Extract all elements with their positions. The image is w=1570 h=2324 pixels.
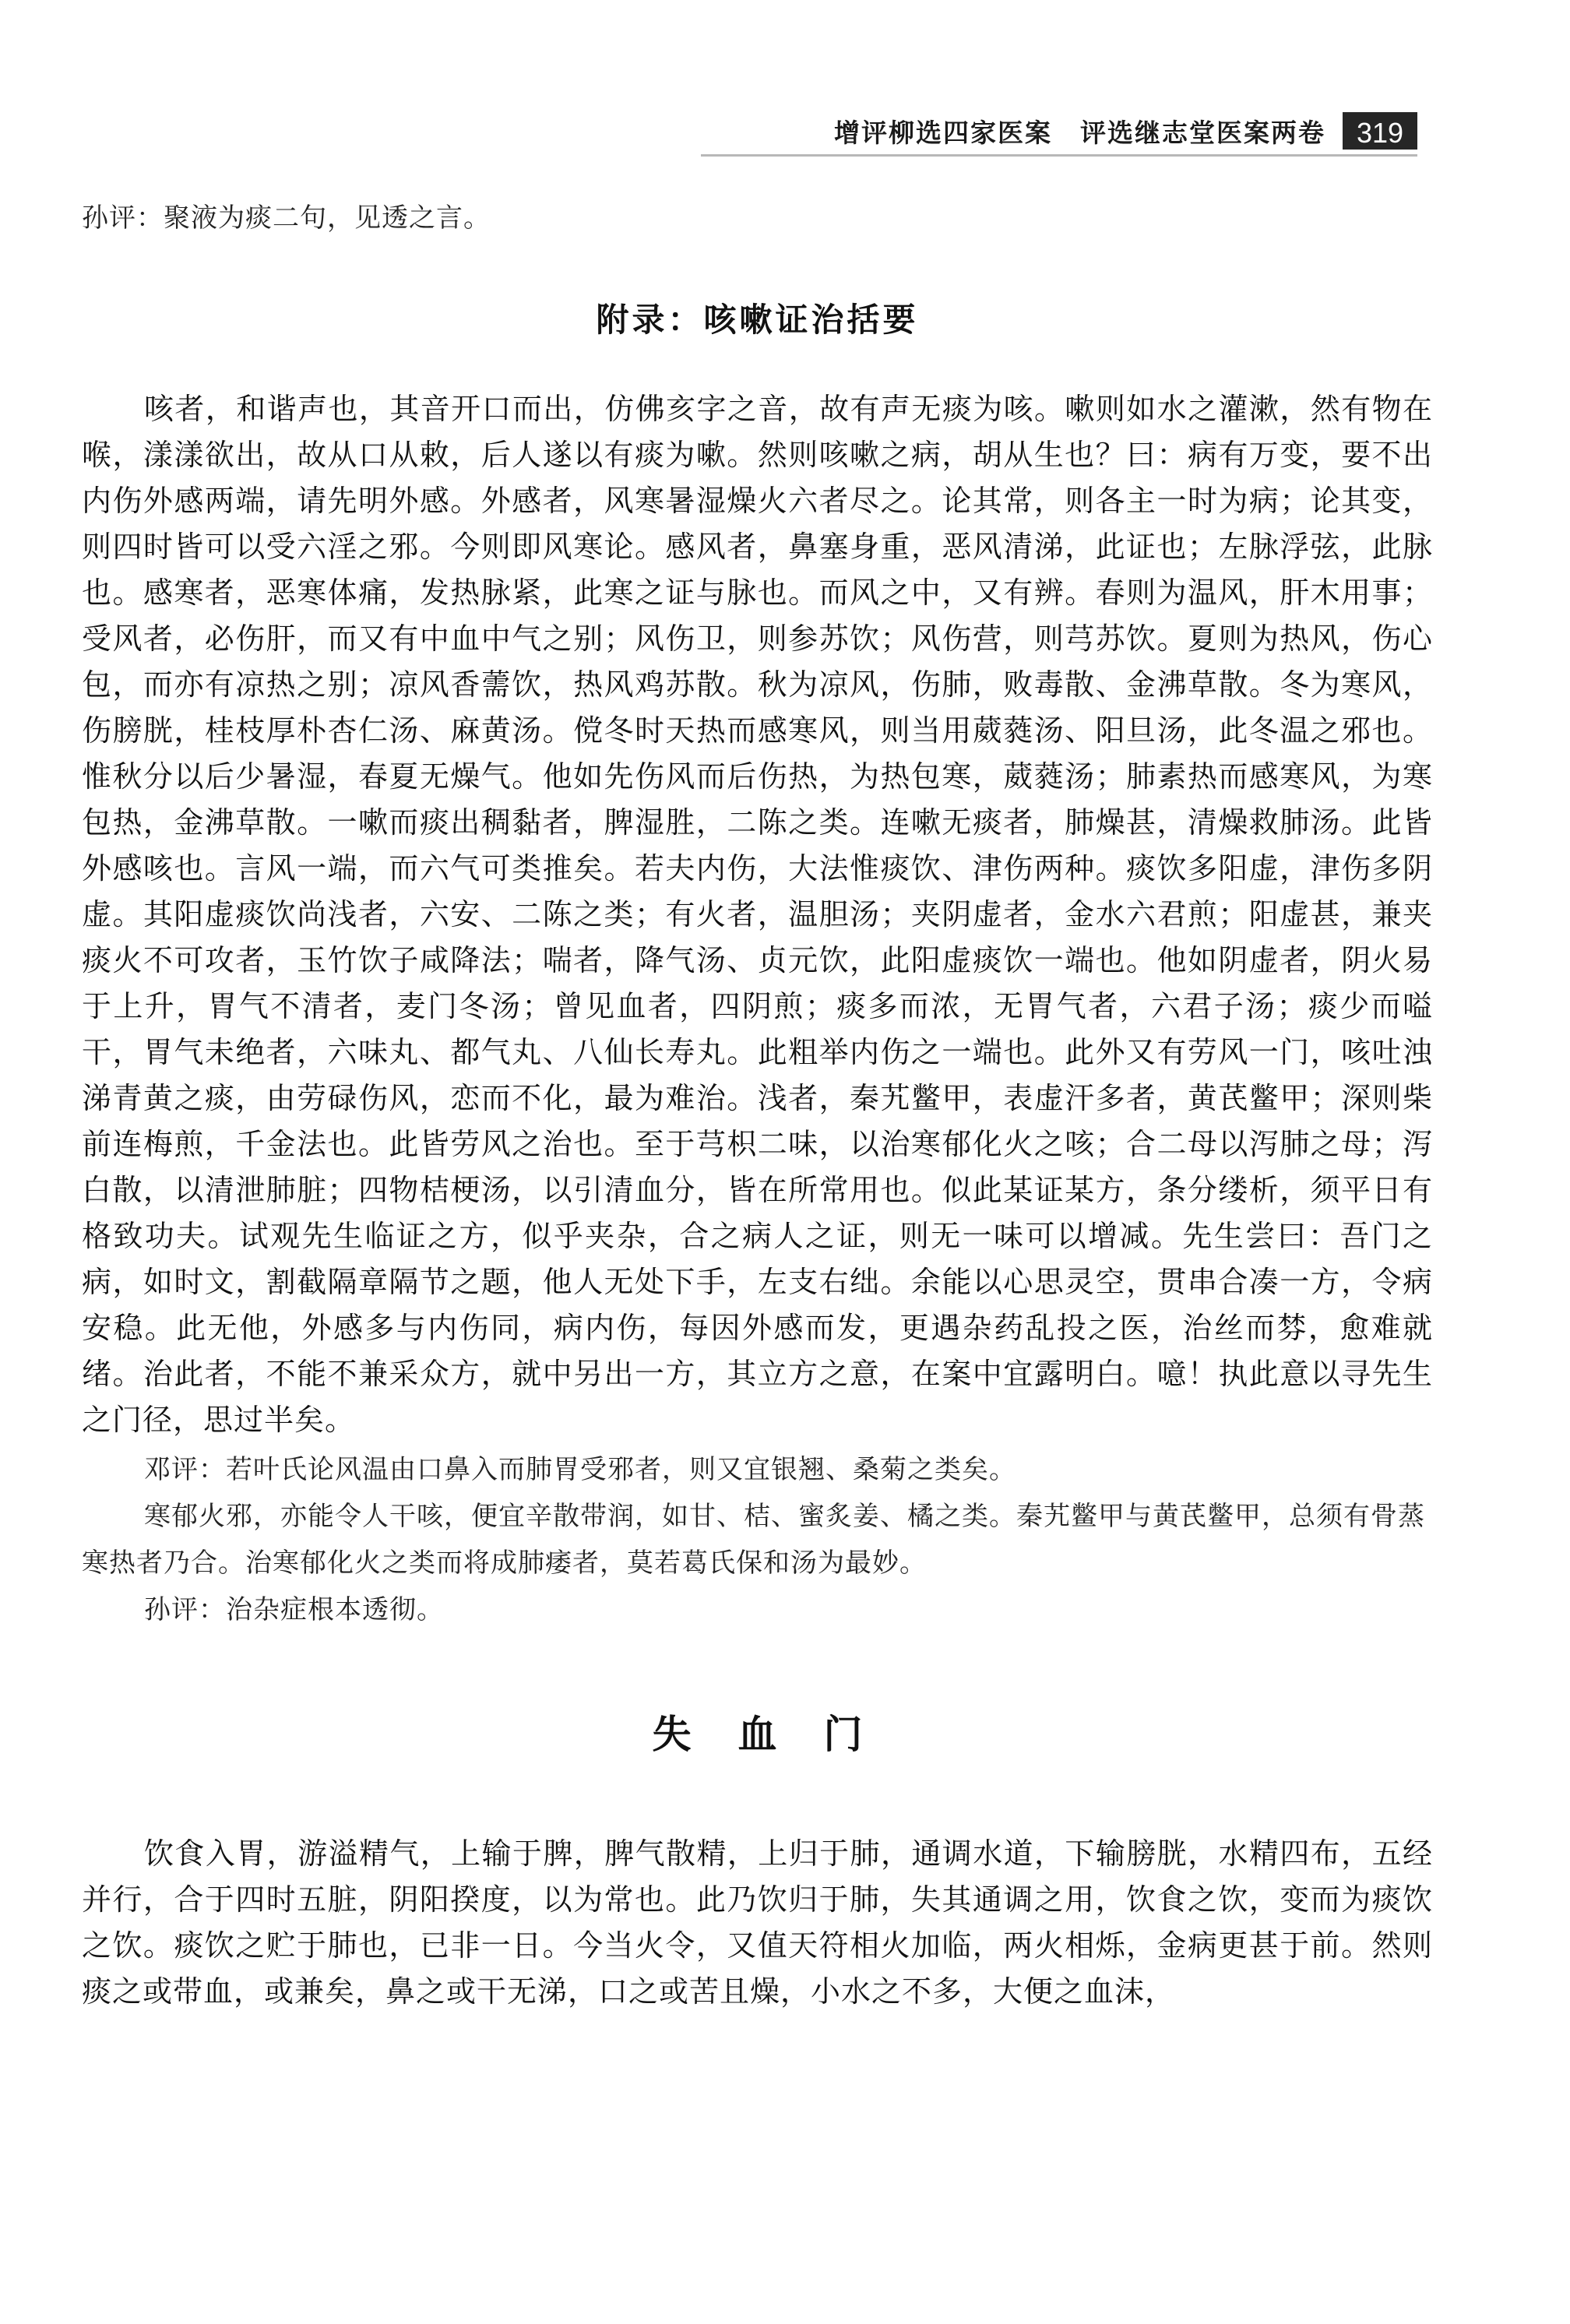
book-title: 增评柳选四家医案 (834, 113, 1052, 150)
page-content: 孙评：聚液为痰二句，见透之言。 附录：咳嗽证治括要 咳者，和谐声也，其音开口而出… (82, 195, 1433, 2015)
header-rule (701, 154, 1417, 157)
page-number: 319 (1343, 112, 1417, 150)
appendix-title: 附录：咳嗽证治括要 (82, 294, 1433, 341)
comment-deng: 邓评：若叶氏论风温由口鼻入而肺胃受邪者，则又宜银翘、桑菊之类矣。 (82, 1446, 1433, 1493)
appendix-comments: 邓评：若叶氏论风温由口鼻入而肺胃受邪者，则又宜银翘、桑菊之类矣。 寒郁火邪，亦能… (82, 1446, 1433, 1633)
section-title: 失血门 (128, 1703, 1433, 1759)
comment-general: 寒郁火邪，亦能令人干咳，便宜辛散带润，如甘、桔、蜜炙姜、橘之类。秦艽鳖甲与黄芪鳖… (82, 1493, 1433, 1586)
volume-title: 评选继志堂医案两卷 (1080, 113, 1325, 150)
section-body: 饮食入胃，游溢精气，上输于脾，脾气散精，上归于肺，通调水道，下输膀胱，水精四布，… (82, 1831, 1433, 2015)
top-comment: 孙评：聚液为痰二句，见透之言。 (82, 195, 1433, 241)
comment-sun: 孙评：治杂症根本透彻。 (82, 1586, 1433, 1633)
running-header: 增评柳选四家医案 评选继志堂医案两卷 319 (701, 109, 1417, 153)
appendix-body: 咳者，和谐声也，其音开口而出，仿佛亥字之音，故有声无痰为咳。嗽则如水之灌漱，然有… (82, 386, 1433, 1443)
